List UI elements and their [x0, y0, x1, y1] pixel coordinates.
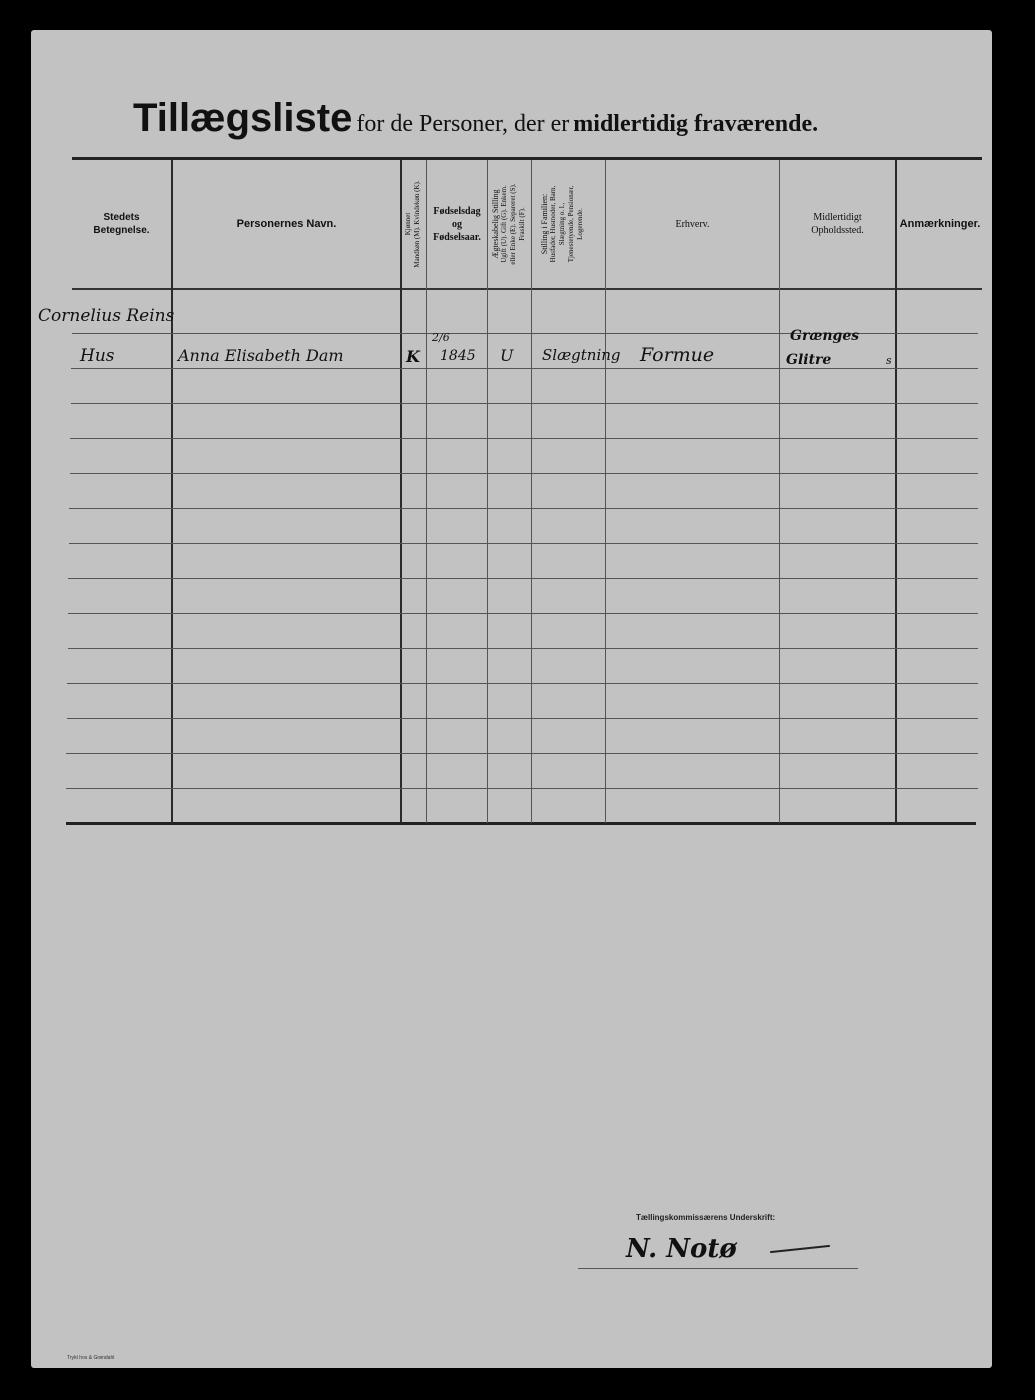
entry-stedets-line2: Hus	[80, 346, 115, 366]
header-kjonnet: Kjønnet Mandkøn (M). Kvindekøn (K).	[404, 163, 422, 285]
header-familie: Stilling i Familien: Husfader, Husmoder,…	[540, 163, 585, 285]
title-sub-bold: midlertidig fraværende.	[573, 111, 818, 137]
entry-erhverv: Formue	[640, 344, 714, 366]
entry-navn: Anna Elisabeth Dam	[178, 346, 344, 365]
entry-stedets-line1: Cornelius Reins	[38, 306, 174, 326]
signature-label: Tællingskommissærens Underskrift:	[636, 1213, 775, 1222]
title-sub: for de Personer, der er	[356, 111, 569, 137]
entry-familie: Slægtning	[542, 346, 621, 364]
entry-aegteskab: U	[500, 346, 513, 365]
header-anmaerkninger: Anmærkninger.	[896, 160, 984, 288]
signature-line	[578, 1268, 858, 1269]
col-divider-2	[400, 160, 402, 823]
header-erhverv: Erhverv.	[606, 160, 779, 288]
entry-fodsel-year: 1845	[440, 348, 476, 364]
entry-opholdssted-line1: Grænges	[790, 328, 859, 344]
entry-opholdssted-line2: Glitre	[786, 352, 831, 368]
printer-mark: Trykt hos & Grøndahl	[67, 1355, 114, 1361]
entry-kjonnet: K	[406, 347, 420, 366]
col-divider-5	[531, 160, 532, 823]
header-aegteskab: Ægteskabelig Stilling Ugift (U). Gift (G…	[491, 163, 527, 285]
table-bottom-rule	[66, 822, 976, 825]
header-fodsel: Fødselsdag og Fødselsaar.	[427, 160, 487, 288]
form-title: Tillægsliste for de Personer, der er mid…	[133, 96, 818, 141]
header-navn: Personernes Navn.	[173, 160, 400, 288]
header-bottom-rule	[72, 288, 982, 290]
signature: N. Notø	[626, 1234, 737, 1264]
header-opholdssted: Midlertidigt Opholdssted.	[780, 160, 895, 288]
header-stedets: Stedets Betegnelse.	[72, 160, 171, 288]
entry-opholdssted-mark: s	[886, 354, 892, 367]
col-divider-4	[487, 160, 488, 823]
entry-fodsel-day: 2/6	[432, 331, 450, 344]
title-main: Tillægsliste	[133, 96, 352, 140]
